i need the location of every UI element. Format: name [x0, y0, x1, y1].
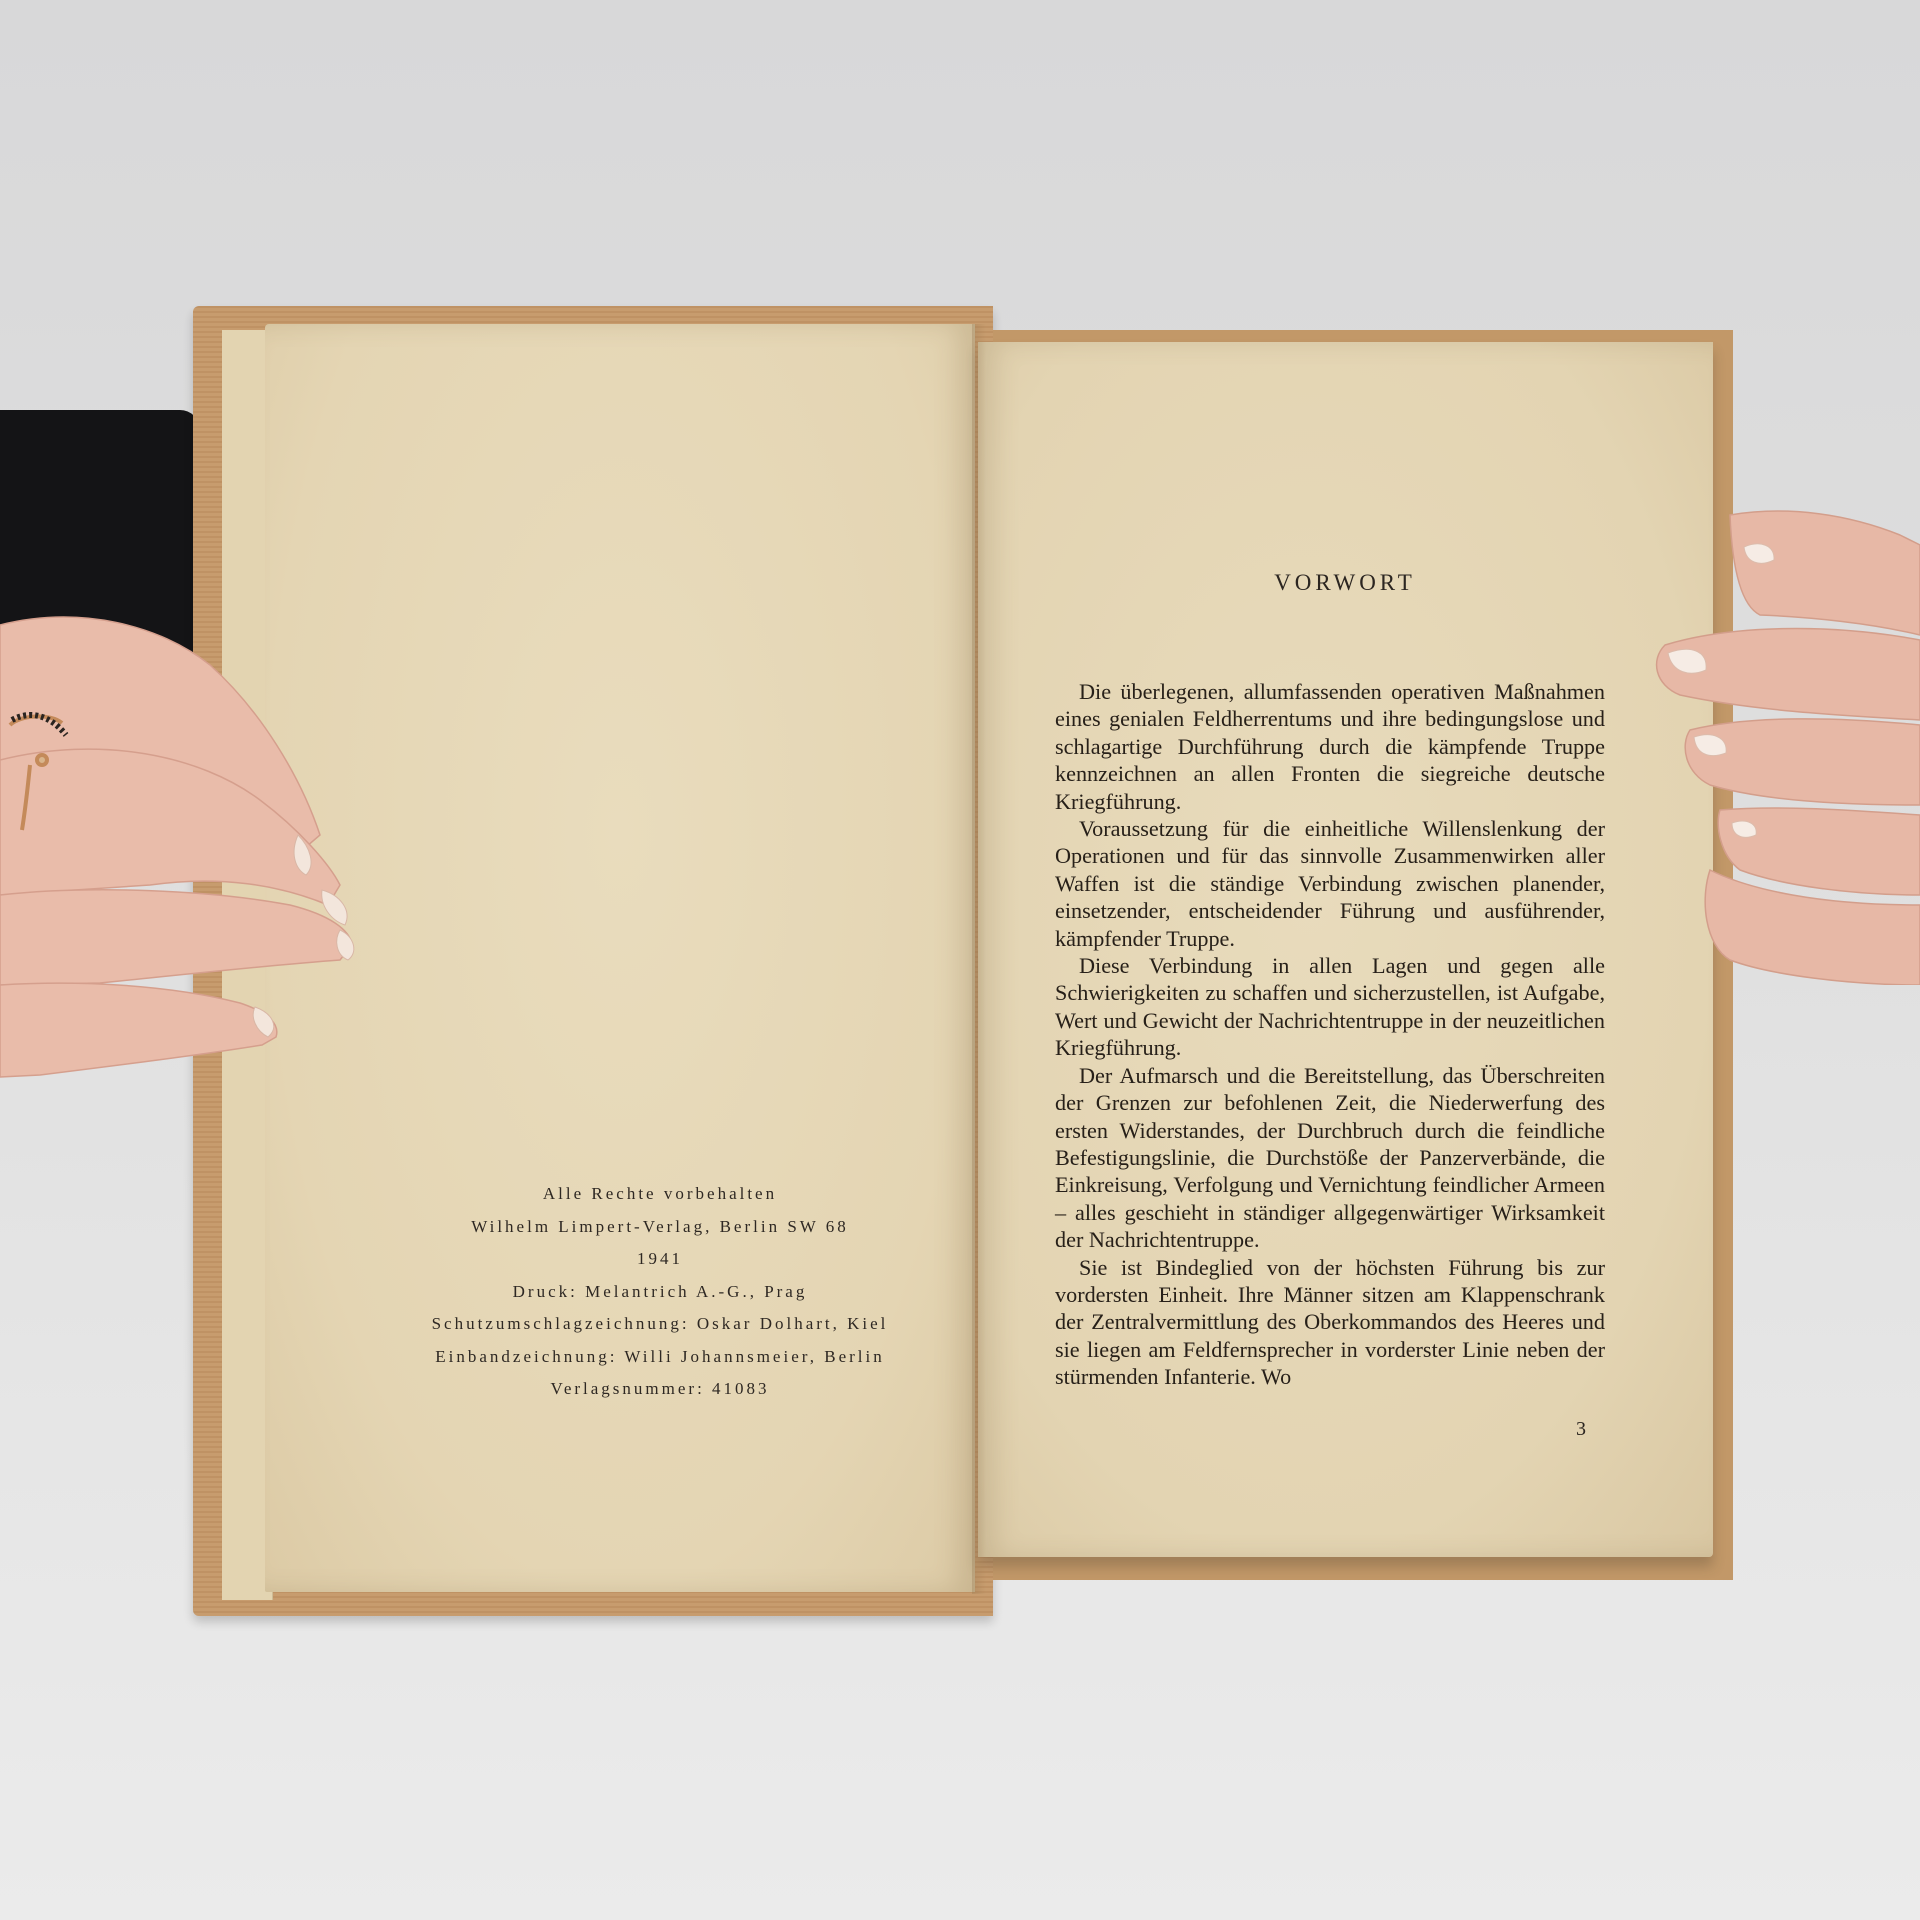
paragraph: Voraussetzung für die einheitliche Wille… [1055, 815, 1605, 952]
imprint-jacket-design: Schutzumschlagzeichnung: Oskar Dolhart, … [390, 1308, 930, 1341]
imprint-block: Alle Rechte vorbehalten Wilhelm Limpert-… [390, 1178, 930, 1406]
imprint-publisher-number: Verlagsnummer: 41083 [390, 1373, 930, 1406]
paragraph: Sie ist Bindeglied von der höchsten Führ… [1055, 1254, 1605, 1391]
body-text: Die überlegenen, allumfassenden operativ… [1055, 678, 1605, 1391]
book-gutter [972, 324, 986, 1594]
imprint-printer: Druck: Melantrich A.-G., Prag [390, 1276, 930, 1309]
imprint-rights: Alle Rechte vorbehalten [390, 1178, 930, 1211]
right-hand [1650, 505, 1920, 985]
imprint-binding-design: Einbandzeichnung: Willi Johannsmeier, Be… [390, 1341, 930, 1374]
left-hand [0, 585, 360, 1125]
imprint-year: 1941 [390, 1243, 930, 1276]
paragraph: Der Aufmarsch und die Bereitstellung, da… [1055, 1062, 1605, 1254]
paragraph: Die überlegenen, allumfassenden operativ… [1055, 678, 1605, 815]
page-heading: VORWORT [1180, 570, 1510, 596]
imprint-publisher: Wilhelm Limpert-Verlag, Berlin SW 68 [390, 1211, 930, 1244]
page-number: 3 [1576, 1418, 1586, 1441]
paragraph: Diese Verbindung in allen Lagen und gege… [1055, 952, 1605, 1062]
